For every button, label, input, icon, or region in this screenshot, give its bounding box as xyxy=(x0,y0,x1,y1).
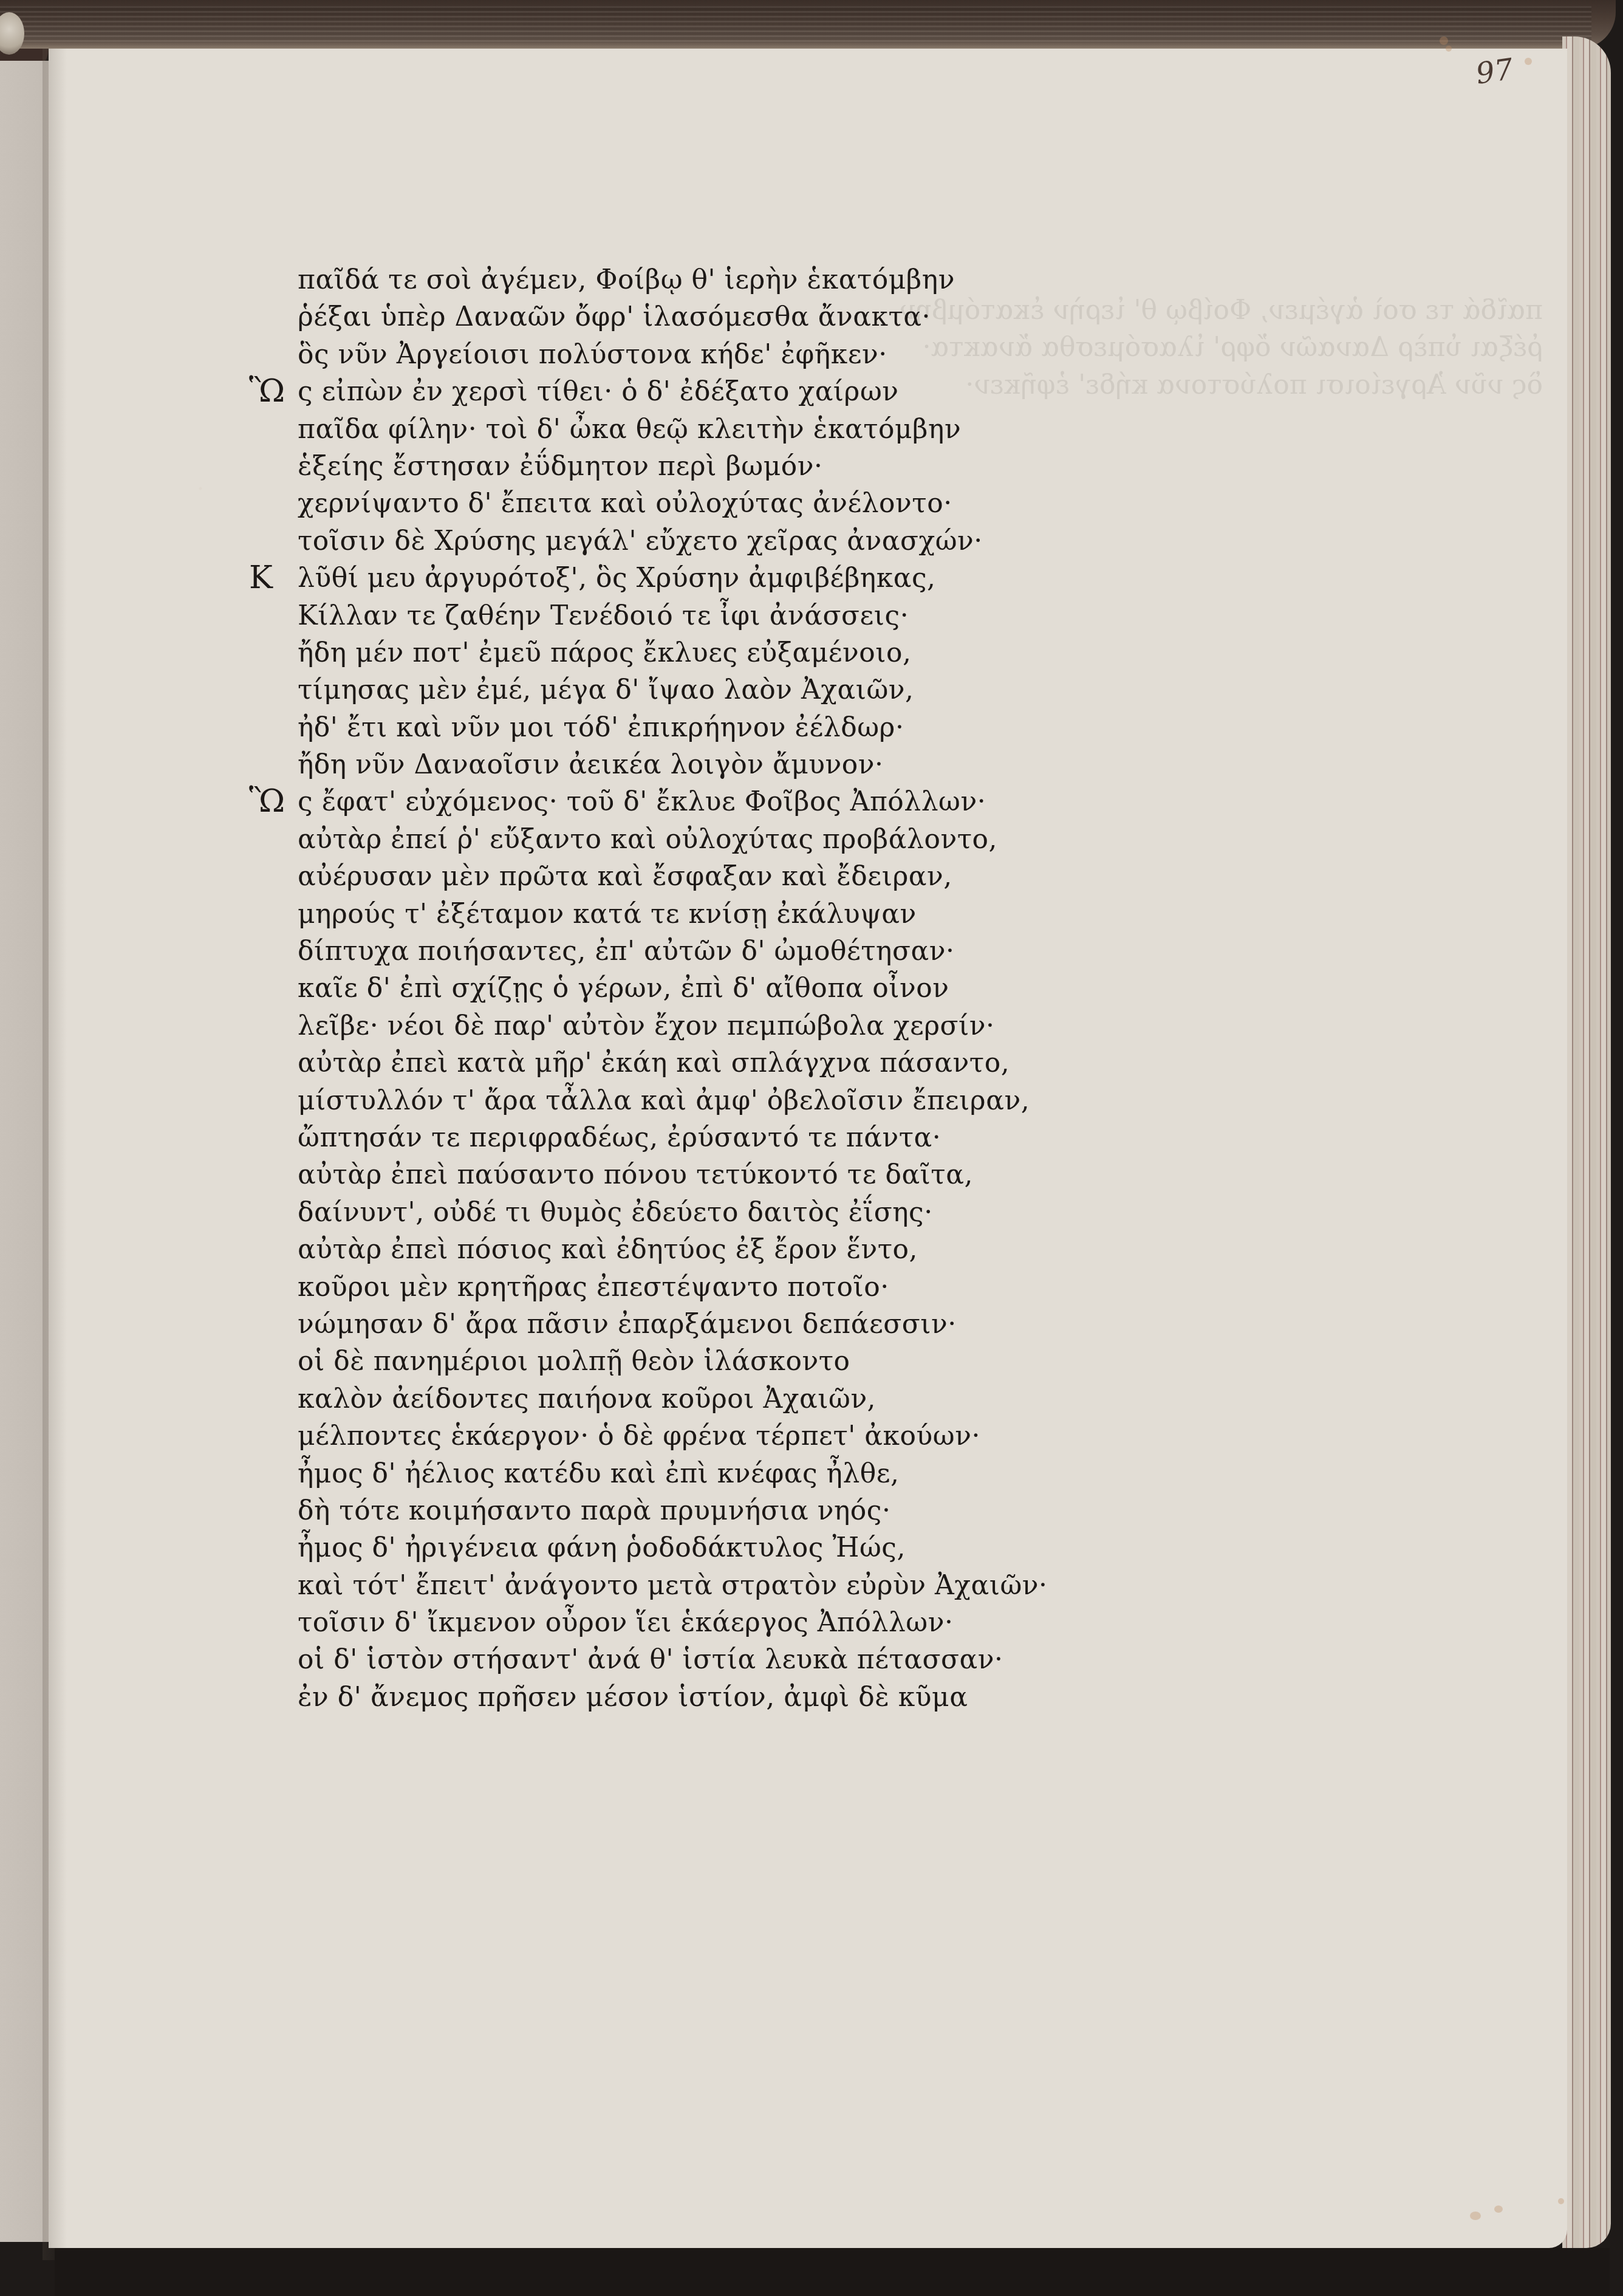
greek-text-block: παῖδά τε σοὶ ἀγέμεν, Φοίβῳ θ' ἱερὴν ἑκατ… xyxy=(249,261,1039,1716)
text-line: καὶ τότ' ἔπειτ' ἀνάγοντο μετὰ στρατὸν εὐ… xyxy=(249,1567,1039,1604)
text-line: μηρούς τ' ἐξέταμον κατά τε κνίσῃ ἐκάλυψα… xyxy=(249,896,1039,933)
text-line: νώμησαν δ' ἄρα πᾶσιν ἐπαρξάμενοι δεπάεσσ… xyxy=(249,1306,1039,1343)
text-line: μίστυλλόν τ' ἄρα τἆλλα καὶ ἀμφ' ὀβελοῖσι… xyxy=(249,1082,1039,1119)
line-text: ἦμος δ' ἠριγένεια φάνη ῥοδοδάκτυλος Ἠώς, xyxy=(298,1532,906,1563)
line-text: καὶ τότ' ἔπειτ' ἀνάγοντο μετὰ στρατὸν εὐ… xyxy=(298,1570,1048,1601)
line-text: ῥέξαι ὑπὲρ Δαναῶν ὄφρ' ἱλασόμεσθα ἄνακτα… xyxy=(298,301,931,332)
drop-initial: Ὣ xyxy=(249,783,292,820)
line-text: οἱ δὲ πανημέριοι μολπῇ θεὸν ἱλάσκοντο xyxy=(298,1346,850,1377)
line-text: αὐέρυσαν μὲν πρῶτα καὶ ἔσφαξαν καὶ ἔδειρ… xyxy=(298,861,952,892)
text-line: δαίνυντ', οὐδέ τι θυμὸς ἐδεύετο δαιτὸς ἐ… xyxy=(249,1194,1039,1231)
text-line: οἱ δ' ἱστὸν στήσαντ' ἀνά θ' ἱστία λευκὰ … xyxy=(249,1641,1039,1678)
foxing-spot xyxy=(1440,36,1448,45)
text-line: παῖδά τε σοὶ ἀγέμεν, Φοίβῳ θ' ἱερὴν ἑκατ… xyxy=(249,261,1039,298)
text-line: ἑξείης ἔστησαν ἐΰδμητον περὶ βωμόν· xyxy=(249,448,1039,485)
line-text: δὴ τότε κοιμήσαντο παρὰ πρυμνήσια νηός· xyxy=(298,1495,890,1526)
line-text: αὐτὰρ ἐπεὶ παύσαντο πόνου τετύκοντό τε δ… xyxy=(298,1159,973,1190)
text-line: δὴ τότε κοιμήσαντο παρὰ πρυμνήσια νηός· xyxy=(249,1492,1039,1529)
line-text: ἤδη νῦν Δαναοῖσιν ἀεικέα λοιγὸν ἄμυνον· xyxy=(298,749,884,780)
text-line: τοῖσιν δ' ἴκμενον οὖρον ἵει ἑκάεργος Ἀπό… xyxy=(249,1604,1039,1641)
line-text: ἑξείης ἔστησαν ἐΰδμητον περὶ βωμόν· xyxy=(298,451,823,482)
background-below-page xyxy=(55,2248,1610,2296)
text-line: καλὸν ἀείδοντες παιήονα κοῦροι Ἀχαιῶν, xyxy=(249,1380,1039,1417)
line-text: ὃς νῦν Ἀργείοισι πολύστονα κήδε' ἐφῆκεν· xyxy=(298,339,887,370)
line-text: ἠδ' ἔτι καὶ νῦν μοι τόδ' ἐπικρήηνον ἐέλδ… xyxy=(298,712,904,743)
text-line: ἦμος δ' ἠριγένεια φάνη ῥοδοδάκτυλος Ἠώς, xyxy=(249,1529,1039,1566)
text-line: ὤπτησάν τε περιφραδέως, ἐρύσαντό τε πάντ… xyxy=(249,1119,1039,1156)
text-line: ἦμος δ' ἠέλιος κατέδυ καὶ ἐπὶ κνέφας ἦλθ… xyxy=(249,1455,1039,1492)
folio-number: 97 xyxy=(1474,52,1515,91)
text-line: ἐν δ' ἄνεμος πρῆσεν μέσον ἱστίον, ἀμφὶ δ… xyxy=(249,1679,1039,1716)
text-line: ῥέξαι ὑπὲρ Δαναῶν ὄφρ' ἱλασόμεσθα ἄνακτα… xyxy=(249,298,1039,335)
line-text: οἱ δ' ἱστὸν στήσαντ' ἀνά θ' ἱστία λευκὰ … xyxy=(298,1644,1003,1675)
line-text: Κίλλαν τε ζαθέην Τενέδοιό τε ἶφι ἀνάσσει… xyxy=(298,600,909,631)
line-text: ἐν δ' ἄνεμος πρῆσεν μέσον ἱστίον, ἀμφὶ δ… xyxy=(298,1682,968,1713)
book-scan: 97 παῖδά τε σοὶ ἀγέμεν, Φοίβῳ θ' ἱερὴν ἑ… xyxy=(0,0,1623,2296)
line-text: δίπτυχα ποιήσαντες, ἐπ' αὐτῶν δ' ὠμοθέτη… xyxy=(298,936,954,967)
text-line: Κλῦθί μευ ἀργυρότοξ', ὃς Χρύσην ἀμφιβέβη… xyxy=(249,560,1039,597)
line-text: λεῖβε· νέοι δὲ παρ' αὐτὸν ἔχον πεμπώβολα… xyxy=(298,1010,995,1041)
line-text: μίστυλλόν τ' ἄρα τἆλλα καὶ ἀμφ' ὀβελοῖσι… xyxy=(298,1085,1030,1116)
foxing-spot xyxy=(1558,2198,1564,2204)
text-line: παῖδα φίλην· τοὶ δ' ὦκα θεῷ κλειτὴν ἑκατ… xyxy=(249,411,1039,448)
text-line: Κίλλαν τε ζαθέην Τενέδοιό τε ἶφι ἀνάσσει… xyxy=(249,597,1039,634)
text-line: χερνίψαντο δ' ἔπειτα καὶ οὐλοχύτας ἀνέλο… xyxy=(249,485,1039,522)
line-text: ς ἔφατ' εὐχόμενος· τοῦ δ' ἔκλυε Φοῖβος Ἀ… xyxy=(298,786,986,817)
line-text: μηρούς τ' ἐξέταμον κατά τε κνίσῃ ἐκάλυψα… xyxy=(298,899,917,930)
text-line: ἤδη νῦν Δαναοῖσιν ἀεικέα λοιγὸν ἄμυνον· xyxy=(249,746,1039,783)
text-line: δίπτυχα ποιήσαντες, ἐπ' αὐτῶν δ' ὠμοθέτη… xyxy=(249,933,1039,970)
line-text: παῖδά τε σοὶ ἀγέμεν, Φοίβῳ θ' ἱερὴν ἑκατ… xyxy=(298,264,955,295)
text-line: αὐτὰρ ἐπεὶ κατὰ μῆρ' ἐκάη καὶ σπλάγχνα π… xyxy=(249,1044,1039,1081)
line-text: αὐτὰρ ἐπεὶ πόσιος καὶ ἐδητύος ἐξ ἔρον ἕν… xyxy=(298,1234,918,1265)
line-text: χερνίψαντο δ' ἔπειτα καὶ οὐλοχύτας ἀνέλο… xyxy=(298,488,952,519)
text-line: αὐτὰρ ἐπεὶ πόσιος καὶ ἐδητύος ἐξ ἔρον ἕν… xyxy=(249,1231,1039,1268)
text-line: τοῖσιν δὲ Χρύσης μεγάλ' εὔχετο χεῖρας ἀν… xyxy=(249,523,1039,560)
text-line: ἠδ' ἔτι καὶ νῦν μοι τόδ' ἐπικρήηνον ἐέλδ… xyxy=(249,709,1039,746)
line-text: καῖε δ' ἐπὶ σχίζῃς ὁ γέρων, ἐπὶ δ' αἴθοπ… xyxy=(298,973,949,1004)
foxing-spot xyxy=(1470,2212,1481,2220)
line-text: αὐτὰρ ἐπεὶ κατὰ μῆρ' ἐκάη καὶ σπλάγχνα π… xyxy=(298,1047,1010,1078)
text-line: λεῖβε· νέοι δὲ παρ' αὐτὸν ἔχον πεμπώβολα… xyxy=(249,1007,1039,1044)
text-line: μέλποντες ἑκάεργον· ὁ δὲ φρένα τέρπετ' ἀ… xyxy=(249,1417,1039,1455)
page-stack-top xyxy=(0,6,1591,43)
line-text: τοῖσιν δὲ Χρύσης μεγάλ' εὔχετο χεῖρας ἀν… xyxy=(298,526,983,557)
line-text: τοῖσιν δ' ἴκμενον οὖρον ἵει ἑκάεργος Ἀπό… xyxy=(298,1607,953,1638)
text-line: αὐτὰρ ἐπεὶ παύσαντο πόνου τετύκοντό τε δ… xyxy=(249,1156,1039,1193)
text-line: αὐέρυσαν μὲν πρῶτα καὶ ἔσφαξαν καὶ ἔδειρ… xyxy=(249,858,1039,895)
text-line: καῖε δ' ἐπὶ σχίζῃς ὁ γέρων, ἐπὶ δ' αἴθοπ… xyxy=(249,970,1039,1007)
line-text: καλὸν ἀείδοντες παιήονα κοῦροι Ἀχαιῶν, xyxy=(298,1383,876,1414)
line-text: κοῦροι μὲν κρητῆρας ἐπεστέψαντο ποτοῖο· xyxy=(298,1272,889,1303)
line-text: ὤπτησάν τε περιφραδέως, ἐρύσαντό τε πάντ… xyxy=(298,1122,941,1153)
foxing-spot xyxy=(1494,2205,1503,2213)
line-text: παῖδα φίλην· τοὶ δ' ὦκα θεῷ κλειτὴν ἑκατ… xyxy=(298,414,961,445)
text-line: ἤδη μέν ποτ' ἐμεῦ πάρος ἔκλυες εὐξαμένοι… xyxy=(249,634,1039,671)
line-text: τίμησας μὲν ἐμέ, μέγα δ' ἴψαο λαὸν Ἀχαιῶ… xyxy=(298,674,914,705)
text-line: αὐτὰρ ἐπεί ῥ' εὔξαντο καὶ οὐλοχύτας προβ… xyxy=(249,821,1039,858)
text-line: Ὣς εἰπὼν ἐν χερσὶ τίθει· ὁ δ' ἐδέξατο χα… xyxy=(249,373,1039,410)
line-text: ς εἰπὼν ἐν χερσὶ τίθει· ὁ δ' ἐδέξατο χαί… xyxy=(298,376,899,407)
line-text: ἦμος δ' ἠέλιος κατέδυ καὶ ἐπὶ κνέφας ἦλθ… xyxy=(298,1458,900,1489)
text-line: τίμησας μὲν ἐμέ, μέγα δ' ἴψαο λαὸν Ἀχαιῶ… xyxy=(249,671,1039,708)
line-text: αὐτὰρ ἐπεί ῥ' εὔξαντο καὶ οὐλοχύτας προβ… xyxy=(298,824,997,855)
drop-initial: Κ xyxy=(249,560,292,597)
line-text: δαίνυντ', οὐδέ τι θυμὸς ἐδεύετο δαιτὸς ἐ… xyxy=(298,1197,933,1228)
line-text: νώμησαν δ' ἄρα πᾶσιν ἐπαρξάμενοι δεπάεσσ… xyxy=(298,1309,957,1340)
foxing-spot xyxy=(1525,58,1532,65)
text-line: ὃς νῦν Ἀργείοισι πολύστονα κήδε' ἐφῆκεν· xyxy=(249,336,1039,373)
fore-edge-page-stack xyxy=(1562,36,1611,2248)
foxing-spot xyxy=(1446,46,1452,52)
drop-initial: Ὣ xyxy=(249,373,292,410)
line-text: ἤδη μέν ποτ' ἐμεῦ πάρος ἔκλυες εὐξαμένοι… xyxy=(298,637,912,668)
text-line: Ὣς ἔφατ' εὐχόμενος· τοῦ δ' ἔκλυε Φοῖβος … xyxy=(249,783,1039,820)
text-line: κοῦροι μὲν κρητῆρας ἐπεστέψαντο ποτοῖο· xyxy=(249,1269,1039,1306)
line-text: λῦθί μευ ἀργυρότοξ', ὃς Χρύσην ἀμφιβέβηκ… xyxy=(298,563,936,594)
gutter-shadow xyxy=(43,49,67,2260)
text-line: οἱ δὲ πανημέριοι μολπῇ θεὸν ἱλάσκοντο xyxy=(249,1343,1039,1380)
line-text: μέλποντες ἑκάεργον· ὁ δὲ φρένα τέρπετ' ἀ… xyxy=(298,1420,980,1451)
